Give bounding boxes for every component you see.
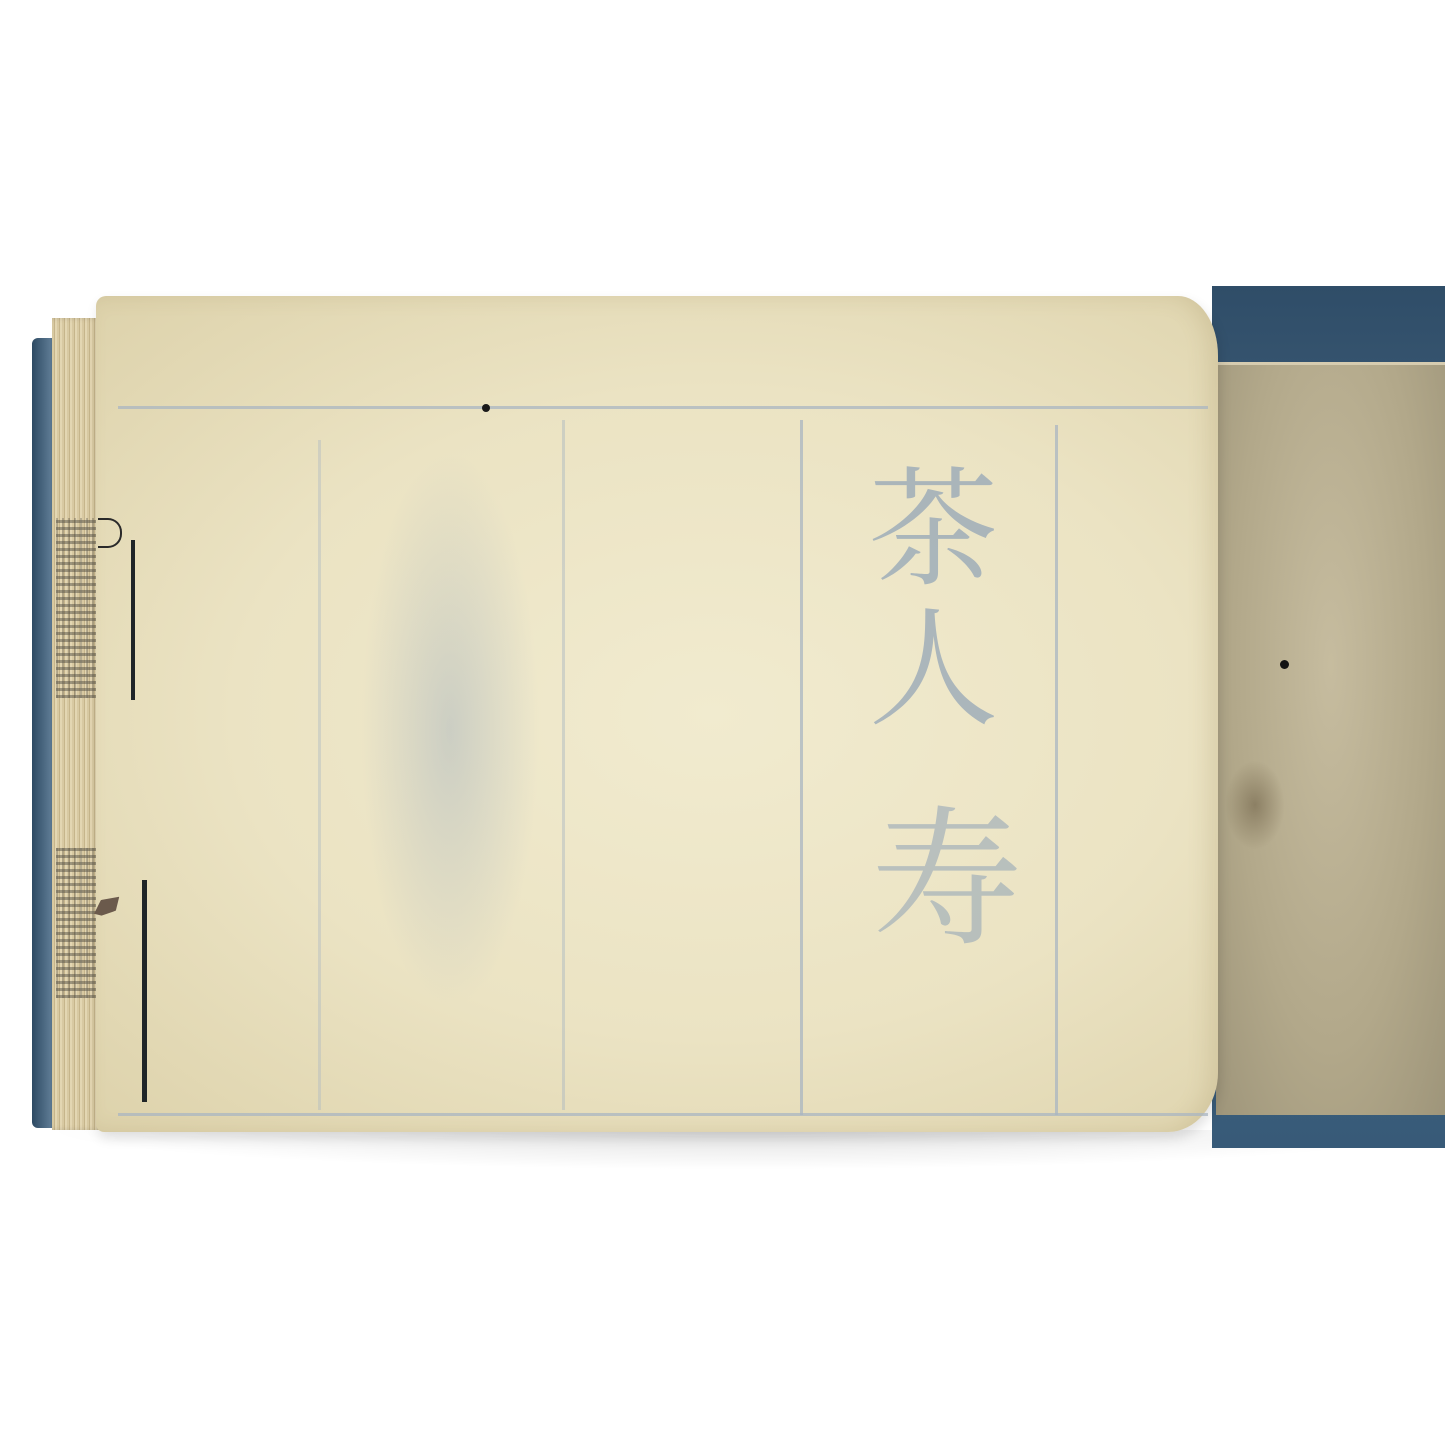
book-photo: 茶人 寿 (0, 0, 1445, 1445)
frame-column-3 (800, 420, 803, 1115)
frame-top-rule (118, 406, 1208, 409)
ghost-text-column (360, 450, 540, 1010)
stack-print-lower (56, 848, 96, 998)
main-left-page (96, 296, 1218, 1132)
frame-column-1 (318, 440, 321, 1110)
page-edge-stack (52, 318, 102, 1130)
frame-column-4 (1055, 425, 1058, 1115)
frame-bottom-rule (118, 1113, 1208, 1116)
wormhole (482, 404, 490, 412)
gutter-rule-upper (131, 540, 135, 700)
showthrough-lower-character: 寿 (858, 800, 1008, 960)
showthrough-characters: 茶人 (858, 460, 988, 740)
right-page (1216, 362, 1445, 1115)
frame-column-2 (562, 420, 565, 1110)
right-page-stain (1225, 760, 1285, 850)
gutter-rule-lower (142, 880, 147, 1102)
stack-print-upper (56, 518, 96, 698)
right-page-wormhole (1280, 660, 1289, 669)
